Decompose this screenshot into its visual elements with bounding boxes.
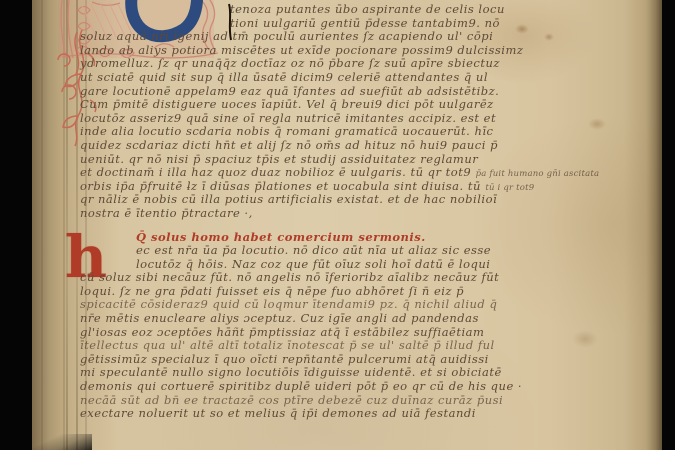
line-text: soluz aquā nr̄i īgenij ad tm̄ poculū aur… bbox=[80, 29, 493, 43]
line-text: orbis ip̄a p̄fruitē ƚz ī diūsas p̄lation… bbox=[80, 179, 481, 193]
text-line: necāā sūt ad bn̄ ee tractazē cos ptīre d… bbox=[80, 394, 625, 408]
text-line: nostra ē ītentio p̄tractare ·, bbox=[80, 207, 625, 221]
line-text: ydromelluz. ſz qr unaq̄q̄z doctīaz oz nō… bbox=[80, 56, 500, 70]
line-text: et doctinam̄ i illa haz quoz duaz nobili… bbox=[80, 165, 471, 179]
marginal-note: p̄a fuit humano gn̄i ascitata bbox=[471, 169, 599, 179]
line-text: ueniūt. qr nō nisi p̄ spaciuz tp̄is et s… bbox=[80, 152, 478, 166]
text-line: quidez scdariaz dicti hn̄t et alij ſz nō… bbox=[80, 139, 625, 153]
line-text: necāā sūt ad bn̄ ee tractazē cos ptīre d… bbox=[80, 393, 503, 407]
line-text: nostra ē ītentio p̄tractare ·, bbox=[80, 206, 253, 220]
text-line: gare locutionē appelam9 eaz quā īfantes … bbox=[80, 85, 625, 99]
text-line: nr̄e mētis enucleare aliys ɔceptuz. Cuz … bbox=[80, 312, 625, 326]
text-line: inde alia locutio scdaria nobis q̄ roman… bbox=[80, 125, 625, 139]
line-text: ītellectus qua ul' altē altī totaliz īno… bbox=[80, 338, 495, 352]
text-line: ut sciatē quid sit sup q̄ illa ūsatē dic… bbox=[80, 71, 625, 85]
line-text: tenoza putantes ūbo aspirante de celis l… bbox=[230, 2, 505, 16]
text-line: locutōz asseriz9 quā sine oī regla nutri… bbox=[80, 112, 625, 126]
text-line: cū soluz sibi necāuz fūt. nō angelis nō … bbox=[80, 271, 625, 285]
line-text: nr̄e mētis enucleare aliys ɔceptuz. Cuz … bbox=[80, 311, 479, 325]
line-text: gare locutionē appelam9 eaz quā īfantes … bbox=[80, 84, 499, 98]
parchment-page: h tenoza putantes ūbo aspirante de celis… bbox=[32, 0, 662, 450]
text-line: exectare noluerit ut so et melius q̄ ip̄… bbox=[80, 407, 625, 421]
text-line: mi speculantē nullo signo locutiōis īdig… bbox=[80, 366, 625, 380]
text-line: Cum p̄mitē distiguere uoces īapiūt. Vel … bbox=[80, 98, 625, 112]
text-line: demonis qui cortuerē spiritibz duplē uid… bbox=[80, 380, 625, 394]
text-line: ueniūt. qr nō nisi p̄ spaciuz tp̄is et s… bbox=[80, 153, 625, 167]
line-text: ec est nr̄a ūa p̄a locutio. nō dico aūt … bbox=[136, 243, 491, 257]
line-text: Q̄ solus homo habet comercium sermonis. bbox=[136, 230, 426, 244]
line-text: Cum p̄mitē distiguere uoces īapiūt. Vel … bbox=[80, 97, 494, 111]
text-line: gl'iosas eoz ɔceptōes hāñt p̄mptissiaz a… bbox=[80, 326, 625, 340]
line-text: quidez scdariaz dicti hn̄t et alij ſz nō… bbox=[80, 138, 498, 152]
line-text: mi speculantē nullo signo locutiōis īdig… bbox=[80, 365, 502, 379]
marginal-note: tū i qr tot9 bbox=[481, 183, 534, 193]
text-line: soluz aquā nr̄i īgenij ad tm̄ poculū aur… bbox=[80, 30, 625, 44]
text-line: locutōz q̄ hōis. Naz coz que fūt oīuz so… bbox=[136, 258, 625, 272]
text-line: gētissimūz specialuz ī quo oīcti repn̄ta… bbox=[80, 353, 625, 367]
line-text: gētissimūz specialuz ī quo oīcti repn̄ta… bbox=[80, 352, 489, 366]
line-text: demonis qui cortuerē spiritibz duplē uid… bbox=[80, 379, 522, 393]
rubric-line: Q̄ solus homo habet comercium sermonis. bbox=[136, 231, 625, 245]
line-text: inde alia locutio scdaria nobis q̄ roman… bbox=[80, 124, 494, 138]
text-line: lando ab aliys potiora miscētes ut exīde… bbox=[80, 44, 625, 58]
text-line: spicacitē cōsideraz9 quid cū loqmur īten… bbox=[80, 298, 625, 312]
text-line: ec est nr̄a ūa p̄a locutio. nō dico aūt … bbox=[136, 244, 625, 258]
line-text: qr nāliz ē nobis cū illa potius artifici… bbox=[80, 192, 497, 206]
text-line: qr nāliz ē nobis cū illa potius artifici… bbox=[80, 193, 625, 207]
line-text: cū soluz sibi necāuz fūt. nō angelis nō … bbox=[80, 270, 499, 284]
page-corner-shadow bbox=[32, 434, 92, 450]
page-edge-shadow bbox=[646, 0, 662, 450]
text-line: orbis ip̄a p̄fruitē ƚz ī diūsas p̄lation… bbox=[80, 180, 625, 194]
text-line: et doctinam̄ i illa haz quoz duaz nobili… bbox=[80, 166, 625, 180]
text-block: tenoza putantes ūbo aspirante de celis l… bbox=[80, 3, 625, 421]
text-line: ydromelluz. ſz qr unaq̄q̄z doctīaz oz nō… bbox=[80, 57, 625, 71]
line-text: tioni uulgariū gentiū p̄desse tantabim9.… bbox=[230, 16, 500, 30]
line-text: exectare noluerit ut so et melius q̄ ip̄… bbox=[80, 406, 476, 420]
line-text: lando ab aliys potiora miscētes ut exīde… bbox=[80, 43, 523, 57]
line-text: locutōz q̄ hōis. Naz coz que fūt oīuz so… bbox=[136, 257, 490, 271]
line-text: spicacitē cōsideraz9 quid cū loqmur īten… bbox=[80, 297, 497, 311]
text-line: tioni uulgariū gentiū p̄desse tantabim9.… bbox=[230, 17, 625, 31]
text-line: loqui. ſz ne gra p̄dati fuisset eis q̄ n… bbox=[80, 285, 625, 299]
line-text: loqui. ſz ne gra p̄dati fuisset eis q̄ n… bbox=[80, 284, 464, 298]
manuscript-scan: { "document": { "kind": "medieval manusc… bbox=[0, 0, 675, 450]
text-line: ītellectus qua ul' altē altī totaliz īno… bbox=[80, 339, 625, 353]
line-text: ut sciatē quid sit sup q̄ illa ūsatē dic… bbox=[80, 70, 488, 84]
line-text: gl'iosas eoz ɔceptōes hāñt p̄mptissiaz a… bbox=[80, 325, 484, 339]
line-text: locutōz asseriz9 quā sine oī regla nutri… bbox=[80, 111, 496, 125]
text-line: tenoza putantes ūbo aspirante de celis l… bbox=[230, 3, 625, 17]
